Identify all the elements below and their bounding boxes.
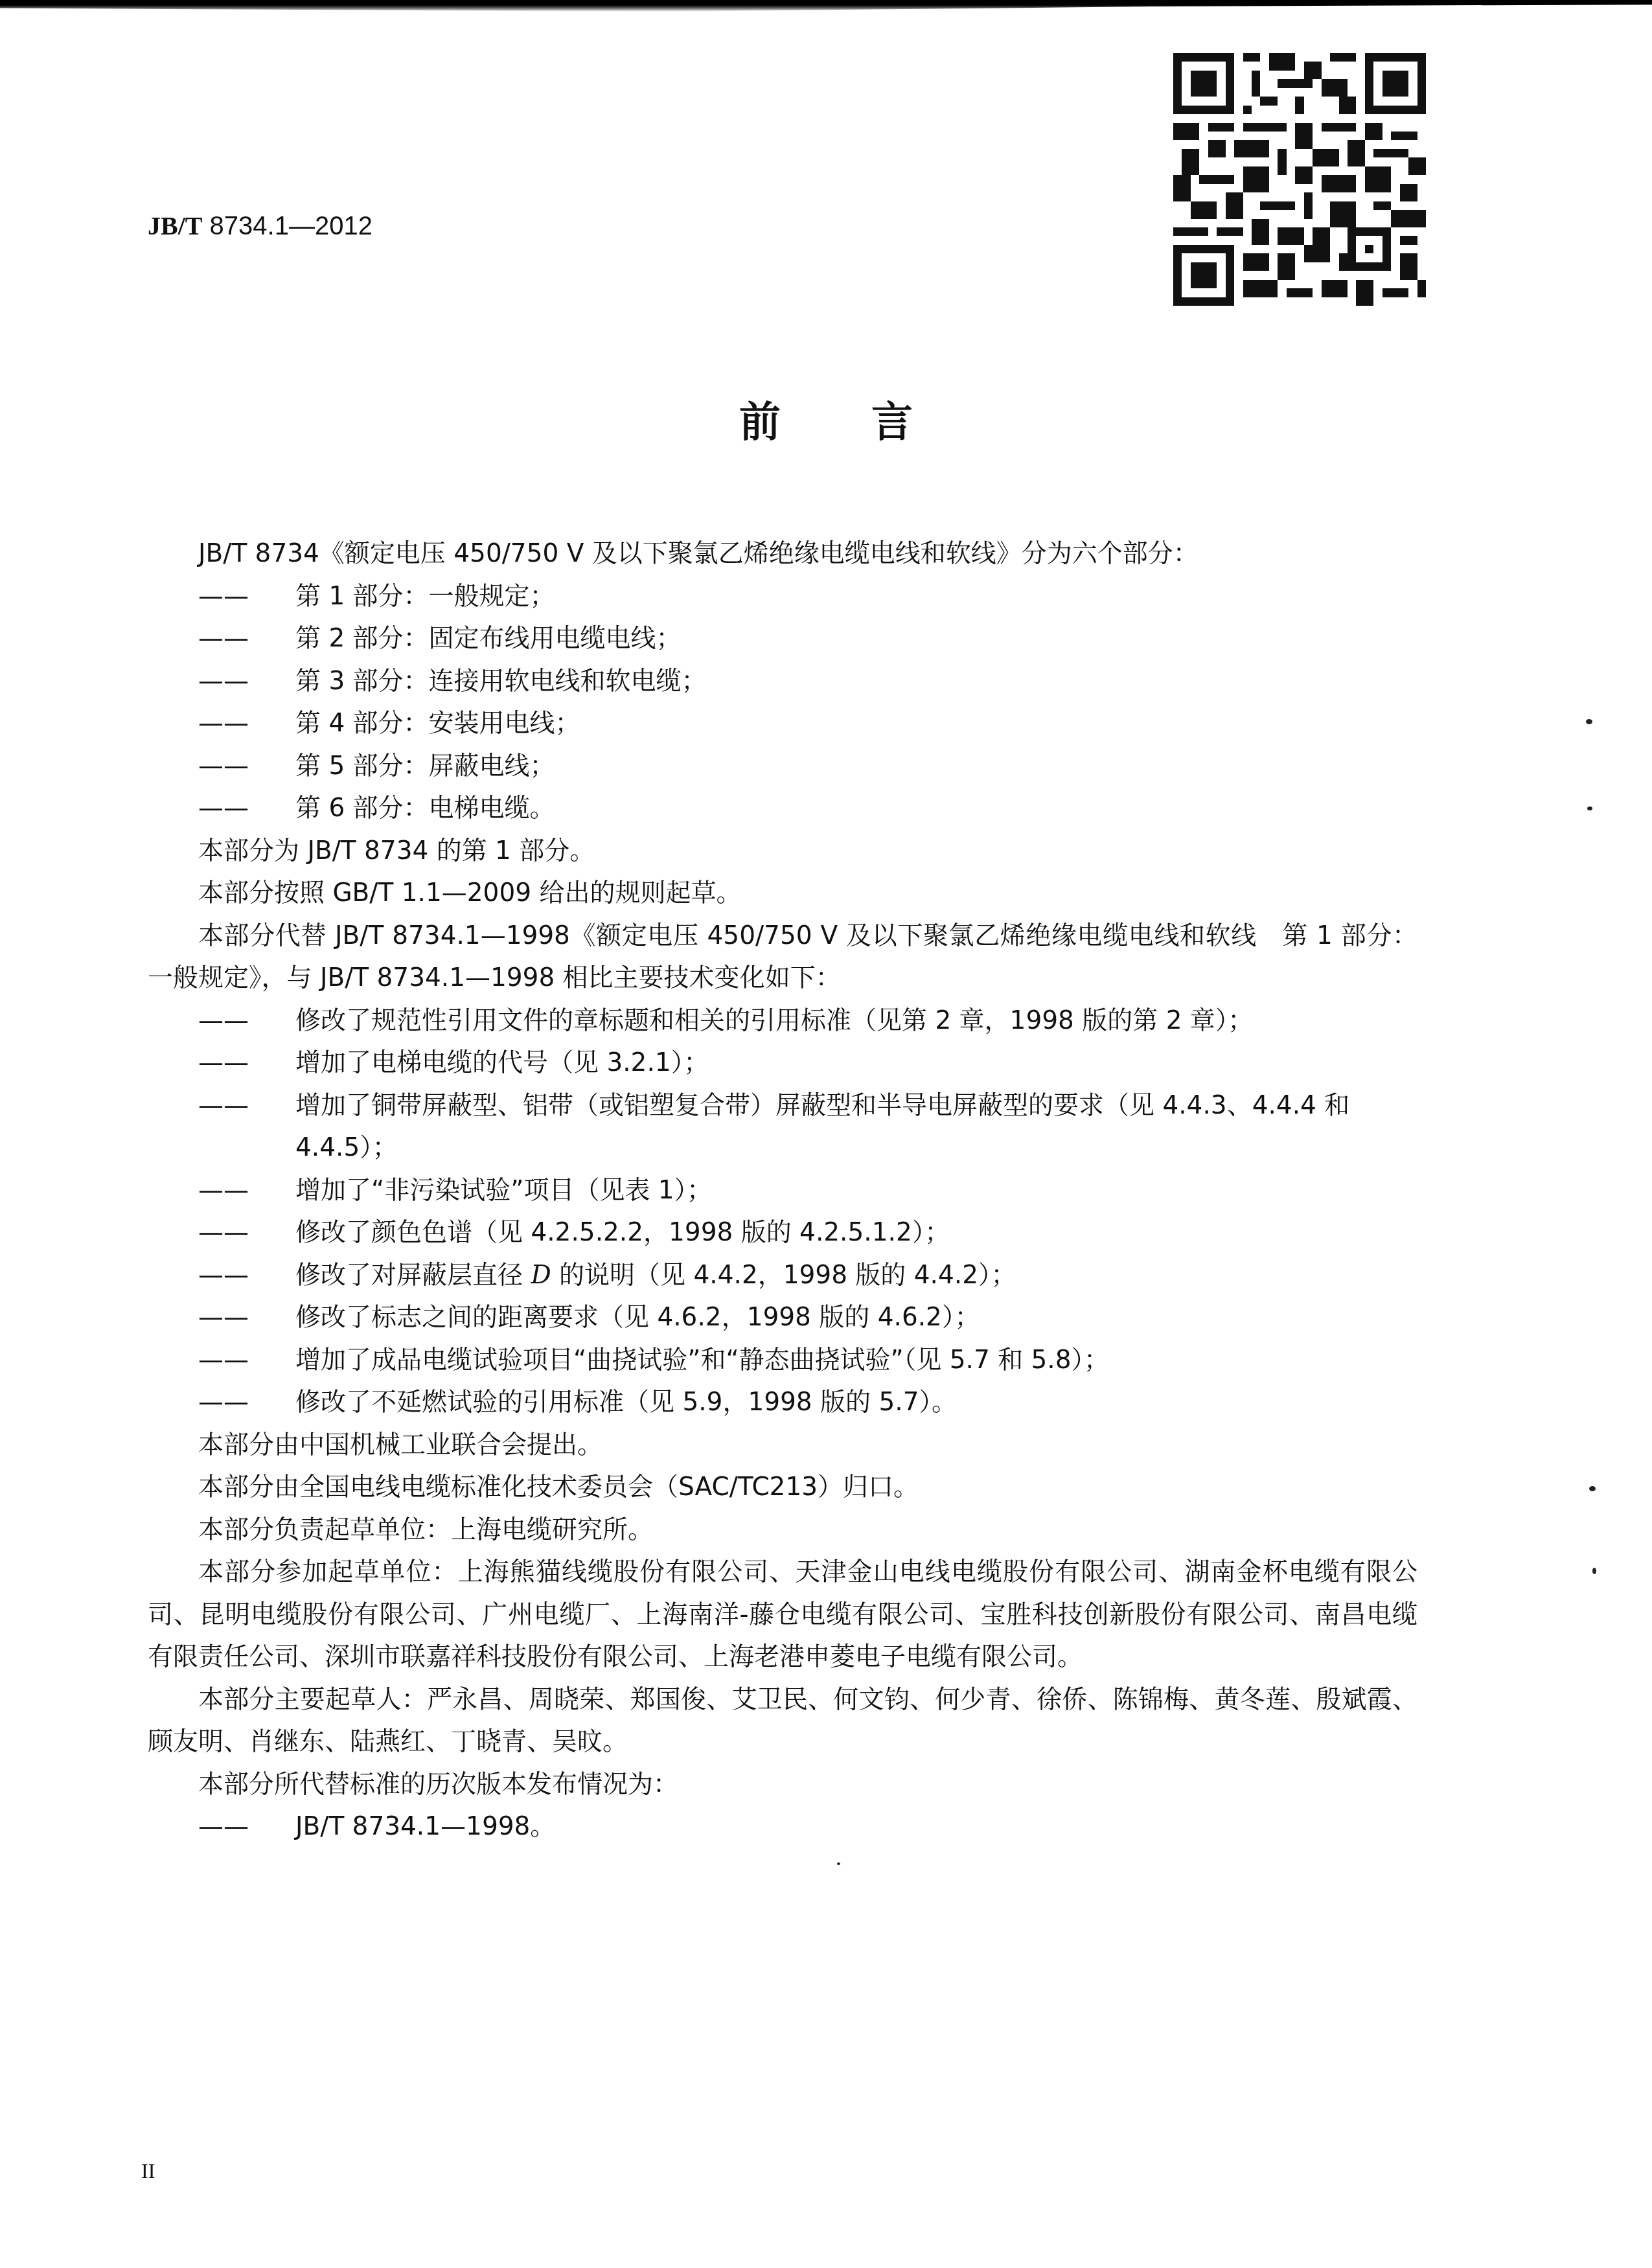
- drafting-rules-paragraph: 本部分按照 GB/T 1.1—2009 给出的规则起草。: [148, 872, 1417, 915]
- page-title: 前言: [0, 389, 1652, 448]
- history-list-item: ——JB/T 8734.1—1998。: [148, 1805, 1417, 1848]
- change-list-item: ——修改了不延燃试验的引用标准（见 5.9，1998 版的 5.7）。: [148, 1381, 1417, 1424]
- title-char-1: 前: [739, 398, 781, 446]
- scan-speck: [1589, 1486, 1596, 1491]
- scan-speck: [1592, 1568, 1596, 1574]
- proposed-by-paragraph: 本部分由中国机械工业联合会提出。: [148, 1424, 1417, 1467]
- part-list-item: ——第 6 部分：电梯电缆。: [148, 787, 1417, 830]
- jurisdiction-paragraph: 本部分由全国电线电缆标准化技术委员会（SAC/TC213）归口。: [148, 1466, 1417, 1509]
- standard-code-prefix: JB/T: [148, 211, 202, 240]
- title-char-2: 言: [871, 398, 913, 446]
- part-list-item: ——第 5 部分：屏蔽电线；: [148, 745, 1417, 788]
- foreword-body: JB/T 8734《额定电压 450/750 V 及以下聚氯乙烯绝缘电缆电线和软…: [148, 533, 1417, 1848]
- this-part-paragraph: 本部分为 JB/T 8734 的第 1 部分。: [148, 830, 1417, 873]
- participating-drafters-paragraph: 本部分参加起草单位：上海熊猫线缆股份有限公司、天津金山电线电缆股份有限公司、湖南…: [148, 1551, 1417, 1678]
- part-list-item: ——第 2 部分：固定布线用电缆电线；: [148, 617, 1417, 660]
- part-list-item: ——第 4 部分：安装用电线；: [148, 702, 1417, 745]
- change-list-item: ——修改了规范性引用文件的章标题和相关的引用标准（见第 2 章，1998 版的第…: [148, 1000, 1417, 1042]
- change-list-item: ——增加了“非污染试验”项目（见表 1）；: [148, 1169, 1417, 1212]
- replaces-paragraph: 本部分代替 JB/T 8734.1—1998《额定电压 450/750 V 及以…: [148, 915, 1417, 1000]
- change-list-item: ——修改了对屏蔽层直径 D 的说明（见 4.4.2，1998 版的 4.4.2）…: [148, 1254, 1417, 1297]
- standard-code-number: 8734.1—2012: [202, 212, 372, 240]
- scan-speck: [837, 1862, 840, 1865]
- scan-speck: [1586, 719, 1592, 724]
- part-list-item: ——第 1 部分：一般规定；: [148, 575, 1417, 618]
- qr-code-icon: [1171, 53, 1428, 306]
- standard-code: JB/T 8734.1—2012: [148, 211, 373, 241]
- main-drafters-paragraph: 本部分主要起草人：严永昌、周晓荣、郑国俊、艾卫民、何文钧、何少青、徐侨、陈锦梅、…: [148, 1678, 1417, 1763]
- scan-speck: [1587, 807, 1592, 810]
- page-number: II: [141, 2159, 155, 2183]
- intro-paragraph: JB/T 8734《额定电压 450/750 V 及以下聚氯乙烯绝缘电缆电线和软…: [148, 533, 1417, 575]
- change-list-item: ——修改了标志之间的距离要求（见 4.6.2，1998 版的 4.6.2）；: [148, 1296, 1417, 1339]
- responsible-drafter-paragraph: 本部分负责起草单位：上海电缆研究所。: [148, 1509, 1417, 1552]
- change-list-item: ——增加了成品电缆试验项目“曲挠试验”和“静态曲挠试验”（见 5.7 和 5.8…: [148, 1339, 1417, 1382]
- change-list-item: ——增加了铜带屏蔽型、铝带（或铝塑复合带）屏蔽型和半导电屏蔽型的要求（见 4.4…: [148, 1084, 1417, 1169]
- scan-top-edge: [0, 0, 1652, 12]
- part-list-item: ——第 3 部分：连接用软电线和软电缆；: [148, 660, 1417, 703]
- history-intro-paragraph: 本部分所代替标准的历次版本发布情况为：: [148, 1763, 1417, 1806]
- change-list-item: ——增加了电梯电缆的代号（见 3.2.1）；: [148, 1042, 1417, 1084]
- change-list-item: ——修改了颜色色谱（见 4.2.5.2.2，1998 版的 4.2.5.1.2）…: [148, 1211, 1417, 1254]
- diameter-variable: D: [531, 1261, 551, 1290]
